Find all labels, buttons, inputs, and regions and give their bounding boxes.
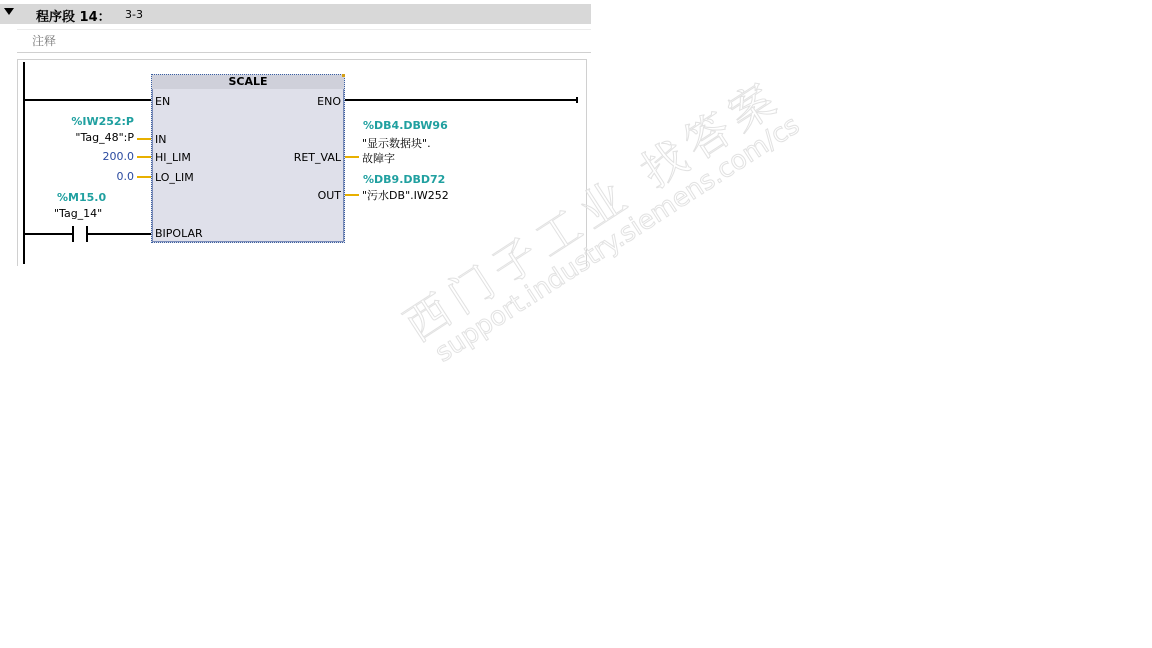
bipolar-wire-right [87,233,152,235]
rung-end [576,97,578,103]
pin-bipolar: BIPOLAR [155,227,203,240]
network-title: 程序段 14： [36,6,111,25]
bipolar-wire-left [24,233,72,235]
contact-left-bar [72,226,74,242]
network-comment[interactable]: 注释 [17,29,591,53]
comment-text: 注释 [32,32,56,49]
bipolar-address[interactable]: %M15.0 [57,191,106,204]
pin-out: OUT [318,189,341,202]
en-wire [24,99,152,101]
pin-ret-val: RET_VAL [294,151,341,164]
bipolar-tag[interactable]: "Tag_14" [54,207,102,220]
block-corner-marker [342,74,345,77]
ret-val-tag-line2[interactable]: 故障字 [362,150,395,166]
pin-eno: ENO [317,95,341,108]
ret-val-tag-line1[interactable]: "显示数据块". [362,135,431,151]
lo-lim-pin-wire [137,176,151,178]
network-header[interactable]: 程序段 14： 3-3 [0,4,591,24]
hi-lim-pin-wire [137,156,151,158]
out-tag[interactable]: "污水DB".IW252 [362,187,449,203]
ret-val-pin-wire [345,156,359,158]
eno-wire [344,99,577,101]
in-pin-wire [137,138,151,140]
hi-lim-value[interactable]: 200.0 [80,150,134,163]
scale-function-block[interactable]: SCALE EN IN HI_LIM LO_LIM BIPOLAR ENO RE… [151,74,345,243]
pin-hi-lim: HI_LIM [155,151,191,164]
in-address[interactable]: %IW252:P [60,115,134,128]
network-name[interactable]: 3-3 [125,8,143,21]
ret-val-address[interactable]: %DB4.DBW96 [363,119,448,132]
pin-en: EN [155,95,170,108]
in-tag[interactable]: "Tag_48":P [50,131,134,144]
pin-lo-lim: LO_LIM [155,171,194,184]
pin-in: IN [155,133,166,146]
out-pin-wire [345,194,359,196]
block-type: SCALE [152,75,344,89]
collapse-arrow-icon[interactable] [4,8,14,15]
lo-lim-value[interactable]: 0.0 [80,170,134,183]
out-address[interactable]: %DB9.DBD72 [363,173,445,186]
